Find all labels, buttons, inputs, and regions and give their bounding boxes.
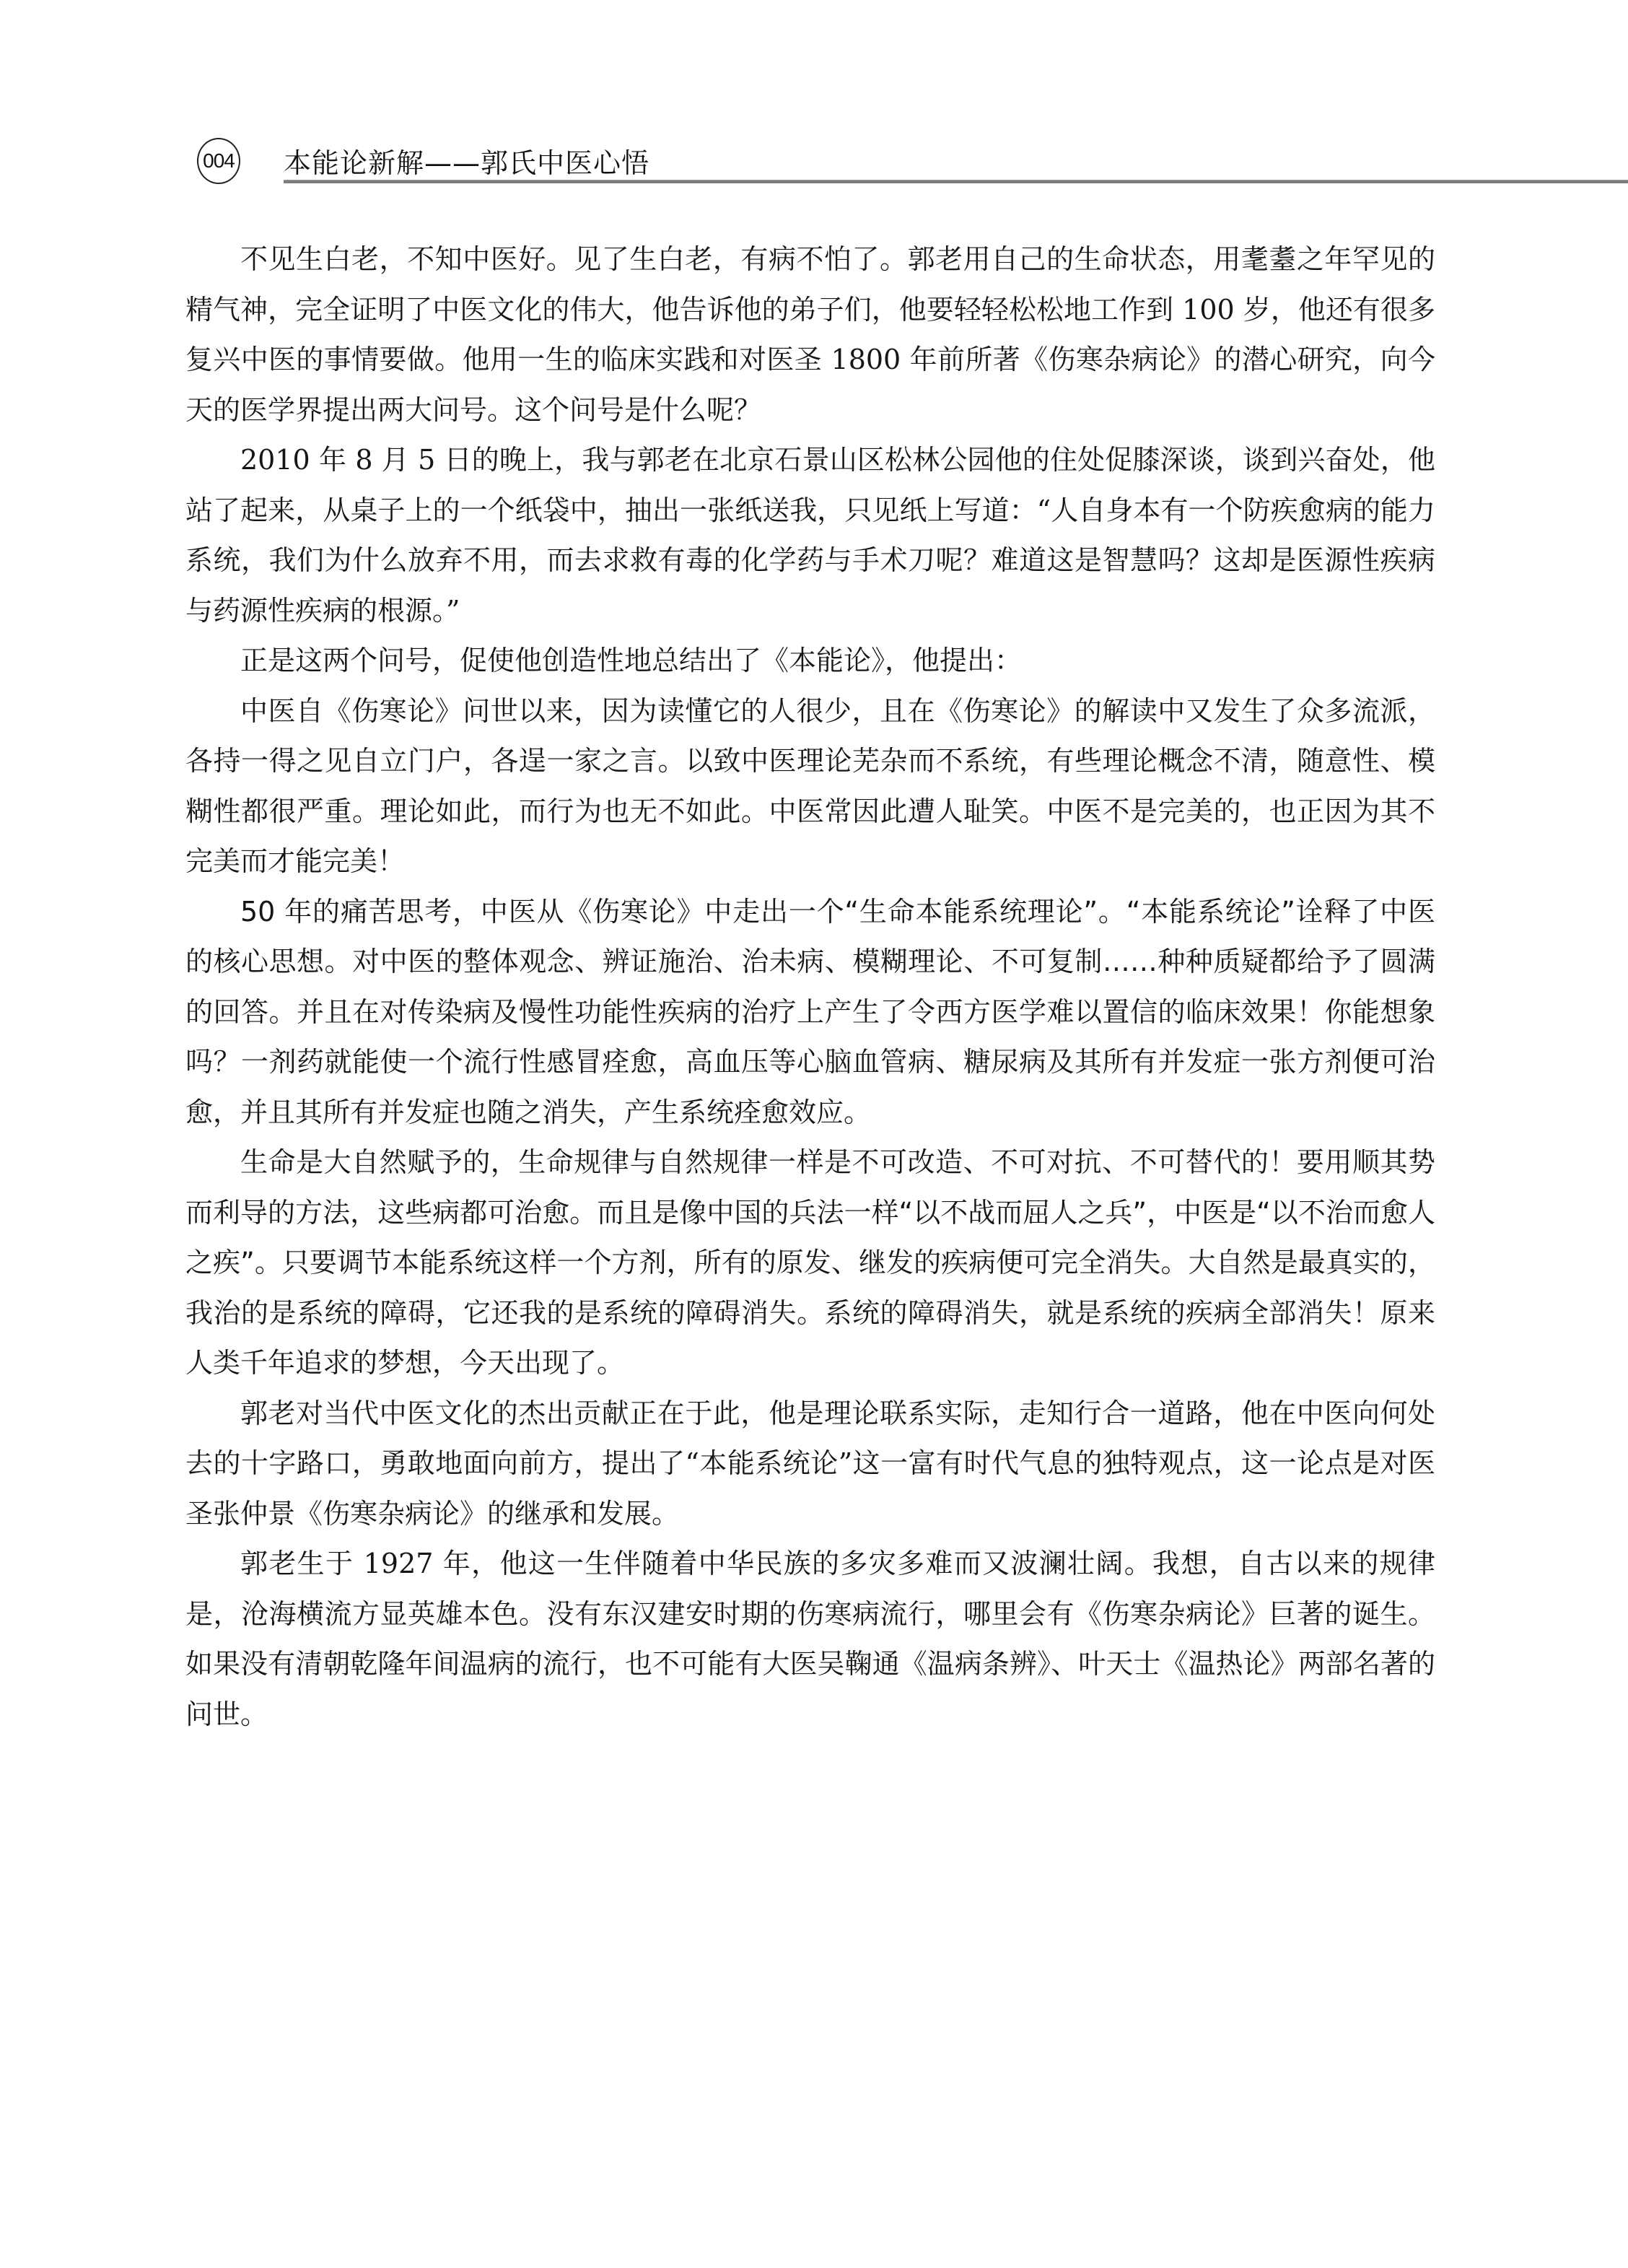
paragraph-3: 正是这两个问号，促使他创造性地总结出了《本能论》，他提出： [185,636,1435,686]
paragraph-5: 郭老生于 1927 年，他这一生伴随着中华民族的多灾多难而又波澜壮阔。我想，自古… [185,1539,1435,1740]
running-header-title: 本能论新解——郭氏中医心悟 [284,141,649,180]
page-number: 004 [203,149,235,173]
paragraph-1: 不见生白老，不知中医好。见了生白老，有病不怕了。郭老用自己的生命状态，用耄耋之年… [185,235,1435,435]
paragraph-2: 2010 年 8 月 5 日的晚上，我与郭老在北京石景山区松林公园他的住处促膝深… [185,435,1435,636]
page-number-badge: 004 [197,138,240,184]
header-divider [284,180,1628,183]
quoted-paragraph-3: 生命是大自然赋予的，生命规律与自然规律一样是不可改造、不可对抗、不可替代的！要用… [185,1138,1435,1389]
quoted-paragraph-1: 中医自《伤寒论》问世以来，因为读懂它的人很少，且在《伤寒论》的解读中又发生了众多… [185,686,1435,887]
paragraph-4: 郭老对当代中医文化的杰出贡献正在于此，他是理论联系实际，走知行合一道路，他在中医… [185,1389,1435,1540]
quoted-paragraph-2: 50 年的痛苦思考，中医从《伤寒论》中走出一个“生命本能系统理论”。“本能系统论… [185,887,1435,1138]
page-body: 不见生白老，不知中医好。见了生白老，有病不怕了。郭老用自己的生命状态，用耄耋之年… [185,235,1435,1740]
